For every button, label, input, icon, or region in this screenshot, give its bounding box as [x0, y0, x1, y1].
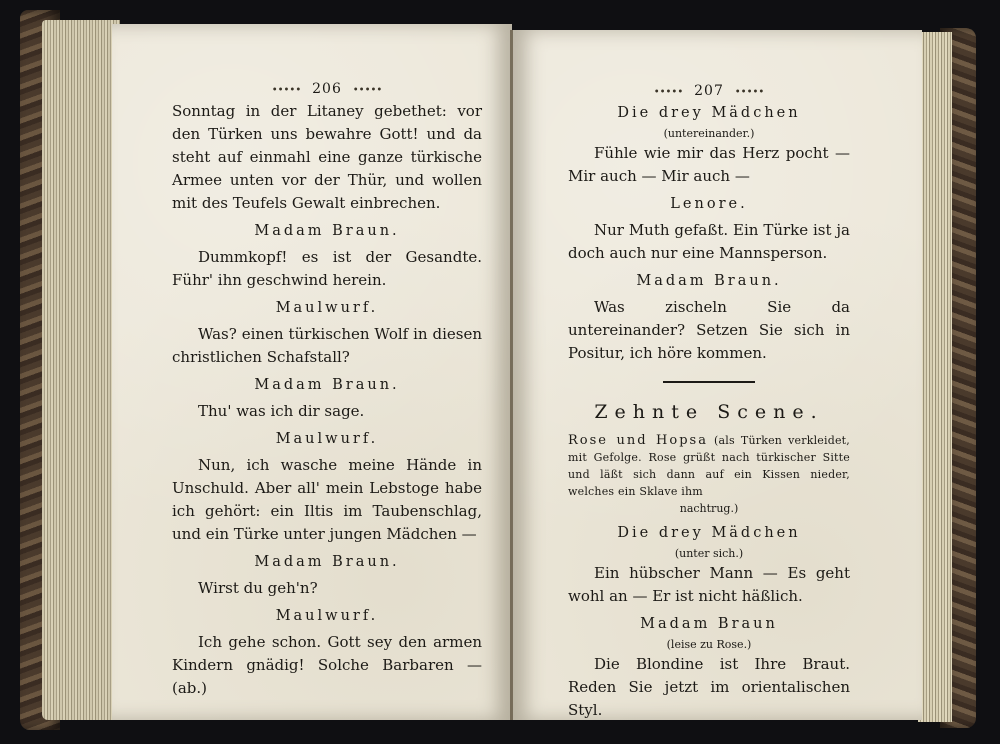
left-page-text: ••••• 206 ••••• Sonntag in der Litaney g…: [172, 78, 482, 700]
book-gutter: [510, 30, 513, 720]
stage-direction: (unter sich.): [568, 546, 850, 562]
dialogue-paragraph: Ich gehe schon. Gott sey den armen Kinde…: [172, 631, 482, 700]
dialogue-paragraph: Nun, ich wasche meine Hände in Unschuld.…: [172, 454, 482, 546]
page-number-header: ••••• 207 •••••: [568, 80, 850, 102]
speaker-name: Maulwurf.: [172, 297, 482, 320]
ornament-icon: •••••: [272, 85, 302, 96]
speaker-name: Maulwurf.: [172, 428, 482, 451]
speaker-name: Maulwurf.: [172, 605, 482, 628]
speaker-name: Madam Braun: [568, 613, 850, 636]
ornament-icon: •••••: [735, 87, 765, 98]
speaker-name: Die drey Mädchen: [568, 102, 850, 125]
page-number: 207: [694, 83, 724, 99]
dialogue-paragraph: Was zischeln Sie da untereinander? Setze…: [568, 296, 850, 365]
section-divider: [663, 381, 755, 383]
dialogue-paragraph: Fühle wie mir das Herz pocht — Mir auch …: [568, 142, 850, 188]
scene-stage-direction: Rose und Hopsa (als Türken verkleidet, m…: [568, 432, 850, 500]
speaker-name: Madam Braun.: [172, 220, 482, 243]
stage-direction-end: nachtrug.): [568, 500, 850, 517]
open-book: ••••• 206 ••••• Sonntag in der Litaney g…: [0, 0, 1000, 744]
speaker-name: Lenore.: [568, 193, 850, 216]
page-number-header: ••••• 206 •••••: [172, 78, 482, 100]
speaker-name: Madam Braun.: [568, 270, 850, 293]
page-number: 206: [312, 81, 342, 97]
dialogue-paragraph: Wirst du geh'n?: [172, 577, 482, 600]
speaker-name: Madam Braun.: [172, 374, 482, 397]
page-edges-left: [42, 20, 120, 720]
dialogue-paragraph: Was? einen türkischen Wolf in diesen chr…: [172, 323, 482, 369]
stage-direction: (leise zu Rose.): [568, 637, 850, 653]
scene-heading: Zehnte Scene.: [568, 401, 850, 424]
speaker-name: Madam Braun.: [172, 551, 482, 574]
dialogue-paragraph: Thu' was ich dir sage.: [172, 400, 482, 423]
page-edges-right: [918, 32, 952, 722]
dialogue-paragraph: Dummkopf! es ist der Gesandte. Führ' ihn…: [172, 246, 482, 292]
right-page-text: ••••• 207 ••••• Die drey Mädchen (untere…: [568, 80, 850, 722]
stage-direction: (untereinander.): [568, 126, 850, 142]
character-names: Rose und Hopsa: [568, 433, 708, 448]
ornament-icon: •••••: [654, 87, 684, 98]
dialogue-paragraph: Nur Muth gefaßt. Ein Türke ist ja doch a…: [568, 219, 850, 265]
speaker-name: Die drey Mädchen: [568, 522, 850, 545]
ornament-icon: •••••: [353, 85, 383, 96]
dialogue-paragraph: Die Blondine ist Ihre Braut. Reden Sie j…: [568, 653, 850, 722]
dialogue-paragraph: Sonntag in der Litaney gebethet: vor den…: [172, 100, 482, 215]
dialogue-paragraph: Ein hübscher Mann — Es geht wohl an — Er…: [568, 562, 850, 608]
